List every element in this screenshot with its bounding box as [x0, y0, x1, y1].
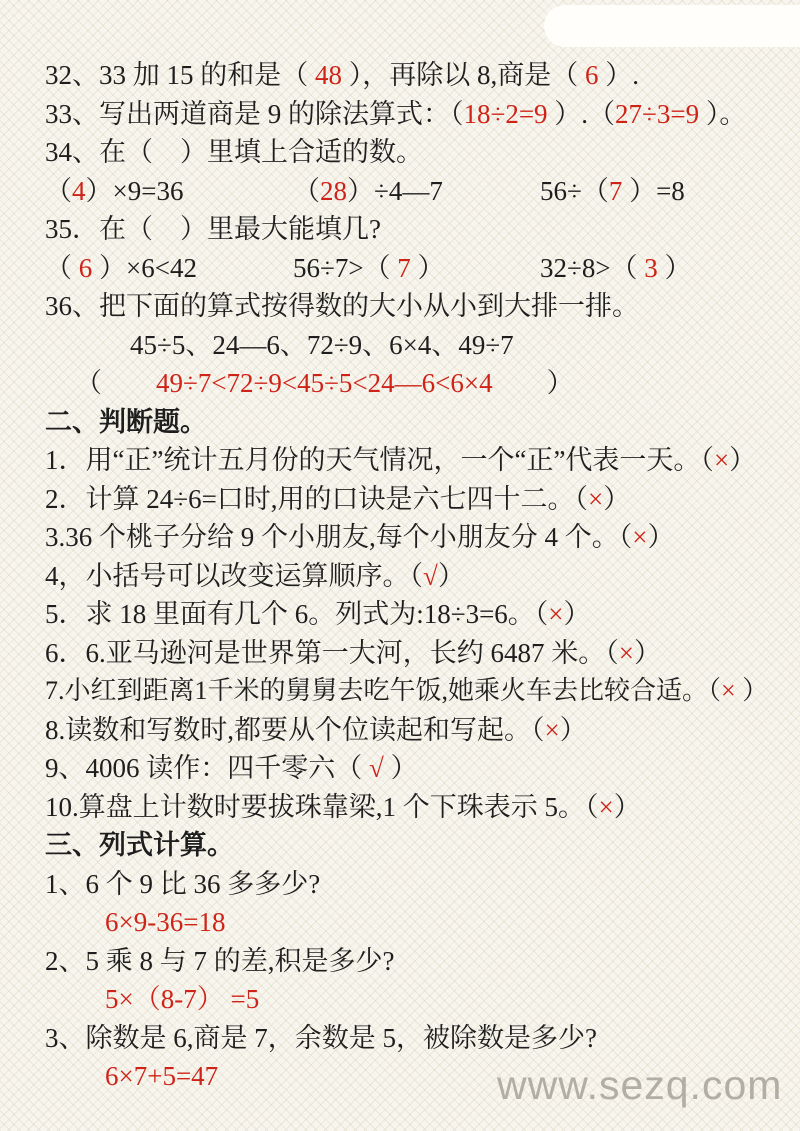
answer-text: 3 [644, 253, 658, 283]
question-text: （ [75, 368, 156, 398]
question-text: ） [560, 715, 587, 745]
text-line: 5．求 18 里面有几个 6。列式为:18÷3=6。（×） [45, 595, 785, 634]
answer-text: × [619, 638, 634, 668]
answer-text: 27÷3=9 [615, 99, 699, 129]
question-text: ） [384, 753, 418, 783]
text-line: 7.小红到距离1千米的舅舅去吃午饭,她乘火车去比较合适。（× ） [45, 672, 785, 711]
question-text: ） [411, 253, 445, 283]
question-text: ）×6<42 [92, 253, 197, 283]
question-text: 1、6 个 9 比 36 多多少? [45, 869, 320, 899]
question-text: （ [293, 176, 320, 206]
answer-text: × [714, 445, 729, 475]
answer-text: 7 [609, 176, 623, 206]
section-heading: 三、列式计算。 [45, 826, 785, 865]
question-text: 2、5 乘 8 与 7 的差,积是多少? [45, 946, 394, 976]
text-line: 32、33 加 15 的和是（ 48 ），再除以 8,商是（ 6 ）. [45, 56, 785, 95]
text-line: 5×（8-7） =5 [45, 980, 785, 1019]
text-line: 6×9-36=18 [45, 903, 785, 942]
answer-text: 28 [320, 176, 347, 206]
text-line: 2．计算 24÷6=口时,用的口诀是六七四十二。（×） [45, 480, 785, 519]
question-text: ）。 [699, 99, 746, 129]
text-line: 35．在（ ）里最大能填几? [45, 210, 785, 249]
answer-text: √ [369, 753, 384, 783]
question-text: ） [647, 522, 674, 552]
text-line: 33、写出两道商是 9 的除法算式：（18÷2=9 ）.（27÷3=9 ）。 [45, 95, 785, 134]
answer-text: 4 [72, 176, 86, 206]
corner-blob [544, 5, 800, 47]
question-text: 3、除数是 6,商是 7，余数是 5，被除数是多少? [45, 1023, 597, 1053]
question-text: ） [729, 445, 756, 475]
question-text: 32、33 加 15 的和是（ [45, 60, 315, 90]
answer-text: 18÷2=9 [464, 99, 548, 129]
answer-text: 6×7+5=47 [105, 1061, 218, 1091]
answer-text: 7 [397, 253, 411, 283]
question-text: （ [45, 176, 72, 206]
question-text: 45÷5、24—6、72÷9、6×4、49÷7 [130, 330, 514, 360]
question-text: 7.小红到距离1千米的舅舅去吃午饭,她乘火车去比较合适。（ [45, 676, 721, 705]
answer-blank-cell: 56÷7>（ 7 ） [293, 249, 445, 288]
watermark: www.sezq.com [497, 1062, 782, 1109]
answer-text: √ [423, 561, 438, 591]
answer-text: 5×（8-7） =5 [105, 984, 259, 1014]
question-text: 35．在（ ）里最大能填几? [45, 214, 381, 244]
text-line: （ 49÷7<72÷9<45÷5<24—6<6×4 ） [45, 364, 785, 403]
question-text: 2．计算 24÷6=口时,用的口诀是六七四十二。（ [45, 484, 588, 514]
question-text: ），再除以 8,商是（ [342, 60, 585, 90]
question-text: ） [493, 368, 574, 398]
question-text: 三、列式计算。 [45, 830, 234, 860]
answer-blank-cell: （ 6 ）×6<42 [45, 249, 197, 288]
question-text: ） [736, 676, 769, 705]
answer-text: × [545, 715, 560, 745]
question-text: 56÷7>（ [293, 253, 397, 283]
question-text: 5．求 18 里面有几个 6。列式为:18÷3=6。（ [45, 599, 548, 629]
question-text: 1．用“正”统计五月份的天气情况，一个“正”代表一天。（ [45, 445, 714, 475]
text-line: 2、5 乘 8 与 7 的差,积是多少? [45, 942, 785, 981]
question-text: 3.36 个桃子分给 9 个小朋友,每个小朋友分 4 个。（ [45, 522, 632, 552]
text-line: 1、6 个 9 比 36 多多少? [45, 865, 785, 904]
answer-text: × [632, 522, 647, 552]
worksheet-page: 32、33 加 15 的和是（ 48 ），再除以 8,商是（ 6 ）.33、写出… [0, 0, 800, 1131]
question-text: 9、4006 读作：四千零六（ [45, 753, 369, 783]
text-line: （ 6 ）×6<4256÷7>（ 7 ）32÷8>（ 3 ） [45, 249, 785, 288]
question-text: ） [438, 561, 465, 591]
question-text: 二、判断题。 [45, 407, 207, 437]
answer-text: × [599, 792, 614, 822]
question-text: ） [603, 484, 630, 514]
text-line: 3.36 个桃子分给 9 个小朋友,每个小朋友分 4 个。（×） [45, 518, 785, 557]
question-text: 32÷8>（ [540, 253, 644, 283]
question-text: ）÷4—7 [347, 176, 443, 206]
question-text: ） [658, 253, 692, 283]
question-text: 56÷（ [540, 176, 609, 206]
answer-text: × [588, 484, 603, 514]
answer-text: × [548, 599, 563, 629]
text-line: 36、把下面的算式按得数的大小从小到大排一排。 [45, 287, 785, 326]
answer-blank-cell: 32÷8>（ 3 ） [540, 249, 692, 288]
question-text: ）=8 [622, 176, 684, 206]
document-lines: 32、33 加 15 的和是（ 48 ），再除以 8,商是（ 6 ）.33、写出… [45, 56, 785, 1096]
question-text: 33、写出两道商是 9 的除法算式：（ [45, 99, 464, 129]
answer-text: × [721, 676, 736, 705]
question-text: ）. [599, 60, 640, 90]
answer-text: 6×9-36=18 [105, 907, 225, 937]
text-line: 3、除数是 6,商是 7，余数是 5，被除数是多少? [45, 1019, 785, 1058]
question-text: 10.算盘上计数时要拔珠靠梁,1 个下珠表示 5。（ [45, 792, 599, 822]
text-line: 1．用“正”统计五月份的天气情况，一个“正”代表一天。（×） [45, 441, 785, 480]
question-text: 6．6.亚马逊河是世界第一大河，长约 6487 米。（ [45, 638, 619, 668]
question-text: ） [614, 792, 641, 822]
text-line: 4，小括号可以改变运算顺序。（√） [45, 557, 785, 596]
question-text: （ [45, 253, 79, 283]
question-text: ） [564, 599, 591, 629]
answer-text: 48 [315, 60, 342, 90]
text-line: 6．6.亚马逊河是世界第一大河，长约 6487 米。（×） [45, 634, 785, 673]
answer-blank-cell: （28）÷4—7 [293, 172, 443, 211]
text-line: 8.读数和写数时,都要从个位读起和写起。（×） [45, 711, 785, 750]
text-line: （4）×9=36（28）÷4—756÷（7 ）=8 [45, 172, 785, 211]
answer-text: 49÷7<72÷9<45÷5<24—6<6×4 [156, 368, 493, 398]
answer-text: 6 [585, 60, 599, 90]
text-line: 45÷5、24—6、72÷9、6×4、49÷7 [45, 326, 785, 365]
question-text: ）.（ [548, 99, 616, 129]
question-text: ） [634, 638, 661, 668]
question-text: ）×9=36 [86, 176, 184, 206]
question-text: 36、把下面的算式按得数的大小从小到大排一排。 [45, 291, 639, 321]
answer-blank-cell: （4）×9=36 [45, 172, 183, 211]
text-line: 9、4006 读作：四千零六（ √ ） [45, 749, 785, 788]
question-text: 4，小括号可以改变运算顺序。（ [45, 561, 423, 591]
question-text: 8.读数和写数时,都要从个位读起和写起。（ [45, 715, 545, 745]
question-text: 34、在（ ）里填上合适的数。 [45, 137, 423, 167]
text-line: 34、在（ ）里填上合适的数。 [45, 133, 785, 172]
section-heading: 二、判断题。 [45, 403, 785, 442]
text-line: 10.算盘上计数时要拔珠靠梁,1 个下珠表示 5。（×） [45, 788, 785, 827]
answer-text: 6 [79, 253, 93, 283]
answer-blank-cell: 56÷（7 ）=8 [540, 172, 685, 211]
